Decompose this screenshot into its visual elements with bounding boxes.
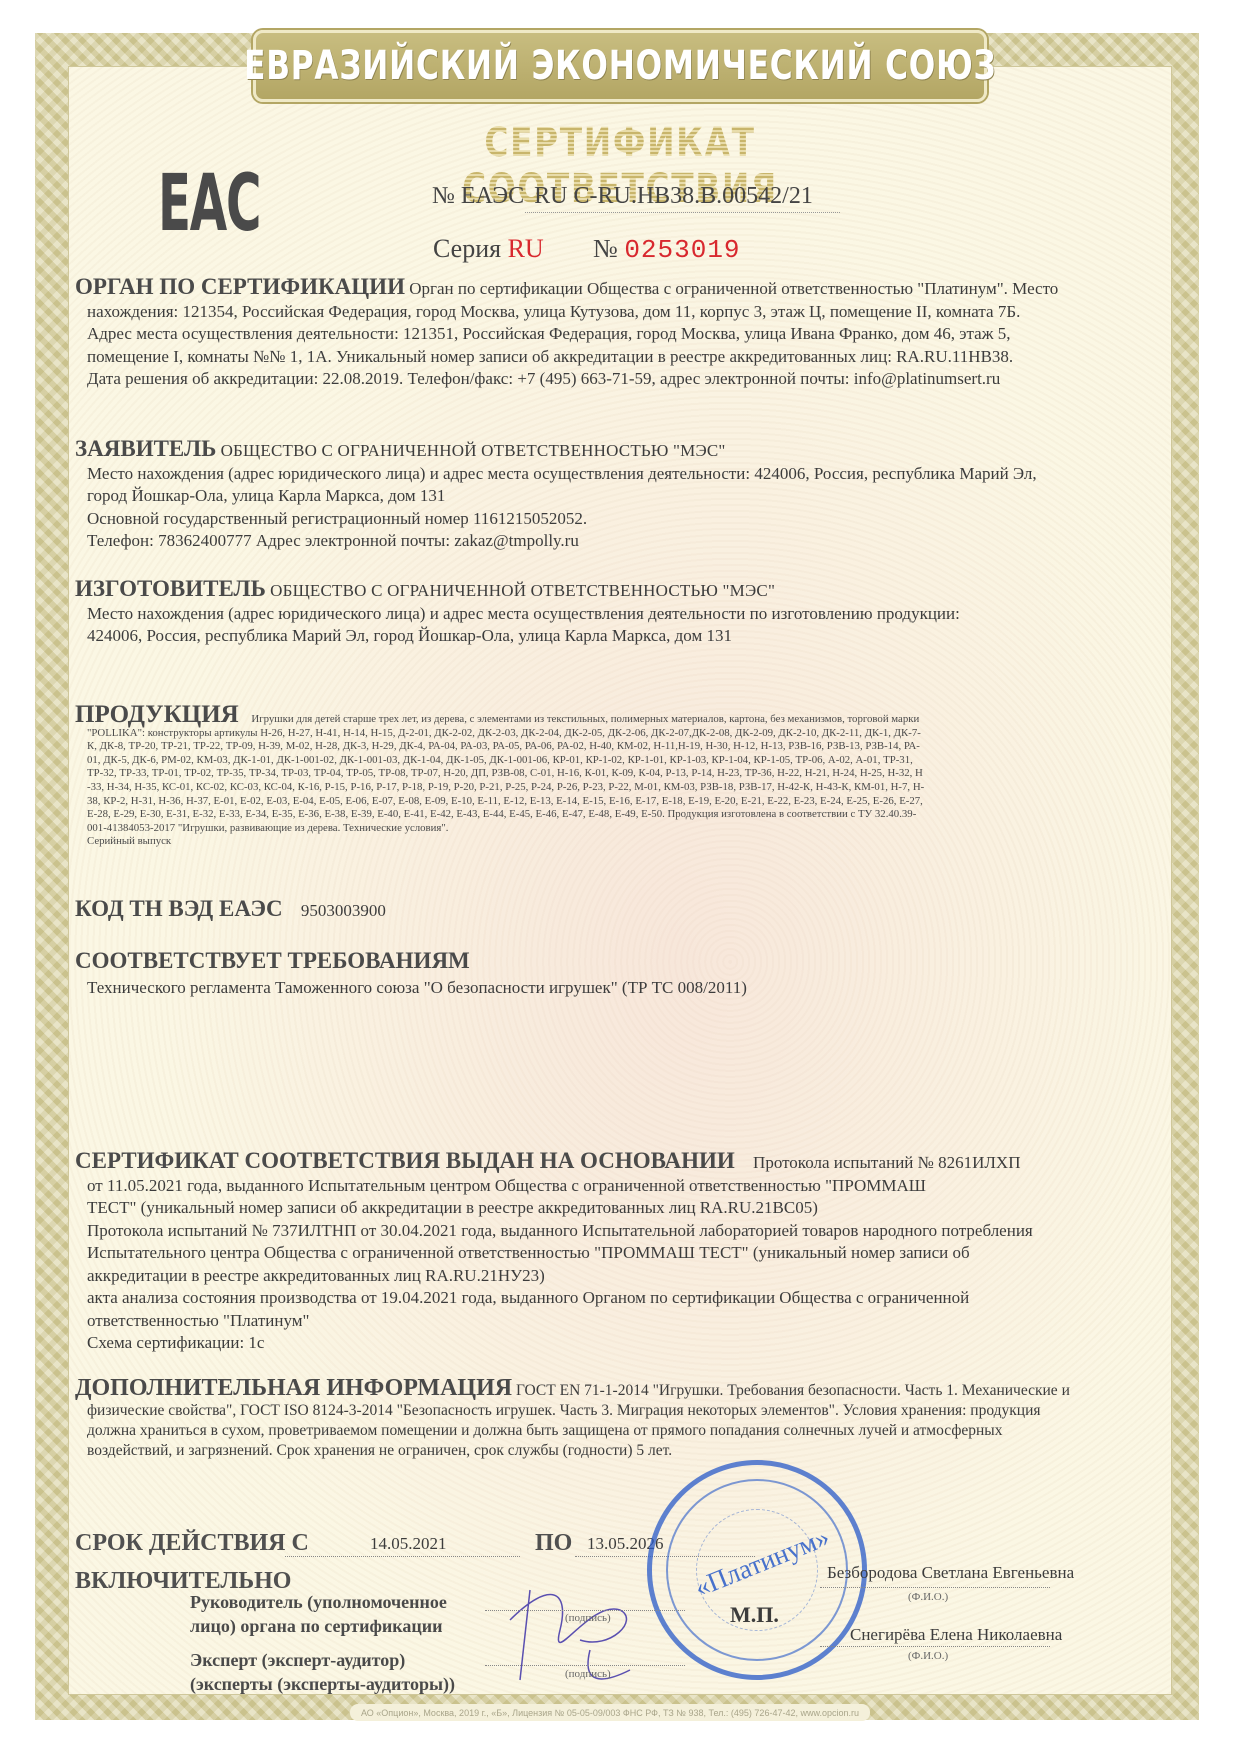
serial-number: № 0253019 bbox=[593, 234, 741, 265]
union-banner-text: ЕВРАЗИЙСКИЙ ЭКОНОМИЧЕСКИЙ СОЮЗ bbox=[244, 43, 996, 89]
divider bbox=[820, 1646, 1050, 1647]
divider bbox=[820, 1587, 1050, 1588]
section-heading: СЕРТИФИКАТ СООТВЕТСТВИЯ ВЫДАН НА ОСНОВАН… bbox=[75, 1148, 735, 1173]
head-label: Руководитель (уполномоченное лицо) орган… bbox=[190, 1590, 447, 1638]
valid-to-label: ПО bbox=[535, 1530, 572, 1557]
section-heading: ОРГАН ПО СЕРТИФИКАЦИИ bbox=[75, 274, 405, 299]
section-heading: ДОПОЛНИТЕЛЬНАЯ ИНФОРМАЦИЯ bbox=[75, 1375, 512, 1401]
section-heading: КОД ТН ВЭД ЕАЭС bbox=[75, 896, 283, 921]
basis-section: СЕРТИФИКАТ СООТВЕТСТВИЯ ВЫДАН НА ОСНОВАН… bbox=[75, 1150, 1135, 1355]
section-heading: СООТВЕТСТВУЕТ ТРЕБОВАНИЯМ bbox=[75, 950, 1135, 973]
eac-mark-icon: ЕАС bbox=[158, 165, 260, 243]
divider bbox=[525, 212, 840, 213]
registration-number: № ЕАЭС RU C-RU.НВ38.В.00542/21 bbox=[432, 183, 813, 210]
section-heading: ЗАЯВИТЕЛЬ bbox=[75, 436, 216, 461]
section-heading: ПРОДУКЦИЯ bbox=[75, 701, 239, 728]
applicant-section: ЗАЯВИТЕЛЬ ОБЩЕСТВО С ОГРАНИЧЕННОЙ ОТВЕТС… bbox=[75, 438, 1135, 553]
reg-number-value: RU C-RU.НВ38.В.00542/21 bbox=[534, 183, 813, 209]
manufacturer-name: ОБЩЕСТВО С ОГРАНИЧЕННОЙ ОТВЕТСТВЕННОСТЬЮ… bbox=[270, 581, 775, 600]
printer-footer: АО «Опцион», Москва, 2019 г., «Б», Лицен… bbox=[350, 1704, 870, 1721]
divider bbox=[285, 1556, 520, 1557]
union-banner: ЕВРАЗИЙСКИЙ ЭКОНОМИЧЕСКИЙ СОЮЗ bbox=[253, 30, 987, 102]
hs-code-section: КОД ТН ВЭД ЕАЭС 9503003900 bbox=[75, 898, 1135, 923]
conformity-section: СООТВЕТСТВУЕТ ТРЕБОВАНИЯМ Технического р… bbox=[75, 950, 1135, 999]
signature-line bbox=[485, 1610, 685, 1611]
manufacturer-section: ИЗГОТОВИТЕЛЬ ОБЩЕСТВО С ОГРАНИЧЕННОЙ ОТВ… bbox=[75, 578, 1135, 648]
series-line: Серия RU № 0253019 bbox=[433, 234, 544, 264]
additional-info-section: ДОПОЛНИТЕЛЬНАЯ ИНФОРМАЦИЯ ГОСТ EN 71-1-2… bbox=[75, 1378, 1135, 1461]
certification-body-section: ОРГАН ПО СЕРТИФИКАЦИИ Орган по сертифика… bbox=[75, 276, 1135, 391]
applicant-name: ОБЩЕСТВО С ОГРАНИЧЕННОЙ ОТВЕТСТВЕННОСТЬЮ… bbox=[221, 441, 726, 460]
section-heading: ИЗГОТОВИТЕЛЬ bbox=[75, 576, 266, 601]
expert-label: Эксперт (эксперт-аудитор) (эксперты (экс… bbox=[190, 1648, 455, 1696]
seal-label: М.П. bbox=[730, 1602, 779, 1628]
signature-line bbox=[485, 1665, 685, 1666]
validity-period: СРОК ДЕЙСТВИЯ С ВКЛЮЧИТЕЛЬНО bbox=[75, 1530, 309, 1557]
product-section: ПРОДУКЦИЯ Игрушки для детей старше трех … bbox=[75, 708, 1135, 849]
series-value: RU bbox=[508, 234, 544, 263]
valid-from-date: 14.05.2021 bbox=[370, 1534, 447, 1554]
head-name: Безбородова Светлана Евгеньевна bbox=[827, 1563, 1074, 1583]
hs-code-value: 9503003900 bbox=[301, 901, 386, 920]
expert-name: Снегирёва Елена Николаевна bbox=[850, 1625, 1062, 1645]
